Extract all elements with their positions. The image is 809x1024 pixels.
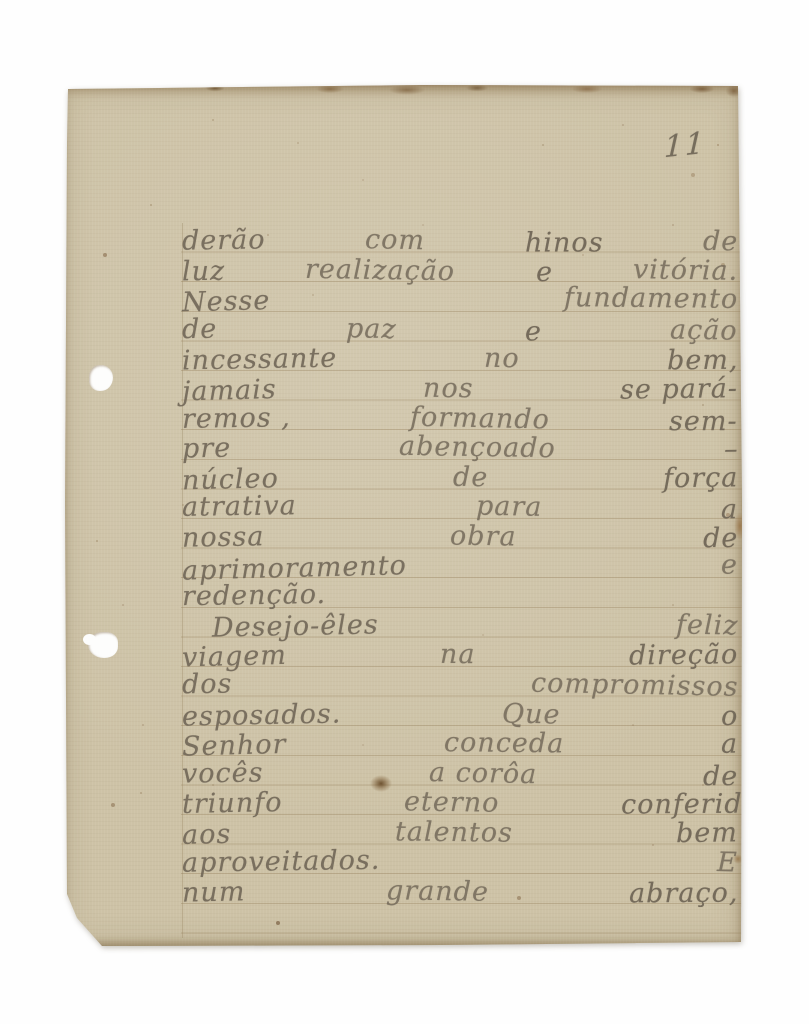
handwritten-word: dos (182, 668, 233, 700)
punch-hole-bottom (88, 632, 118, 658)
handwritten-word: fundamento (564, 282, 739, 315)
punch-hole-top (89, 365, 113, 391)
scan-background: 11 derãocomhinosdeluzrealizaçãoevitória.… (0, 0, 809, 1024)
handwriting-line: viagemnadireção (182, 639, 738, 672)
handwritten-word: vocês (182, 757, 264, 789)
handwritten-word: remos , (182, 402, 291, 435)
handwriting-line: atrativaparaa (182, 491, 738, 523)
handwriting-line: esposados.Queo (182, 700, 738, 730)
foxing-speckles (62, 84, 64, 86)
handwritten-word: de (453, 462, 489, 493)
handwriting-line: aprimoramentoe (182, 550, 738, 583)
handwritten-word: a (721, 729, 738, 760)
handwritten-word: a corôa (429, 757, 538, 790)
handwritten-word: força (662, 462, 738, 494)
handwritten-word: abençoado (399, 431, 556, 464)
handwritten-word: para (475, 491, 542, 523)
handwritten-word: E (717, 847, 738, 878)
handwriting-line: derãocomhinosde (182, 225, 738, 257)
handwriting-line: incessantenobem, (182, 344, 738, 374)
handwritten-word: ação (670, 314, 738, 346)
handwritten-word: nos (423, 373, 474, 405)
handwriting-line: nossaobrade (182, 522, 738, 552)
handwriting-line: Nessefundamento (182, 284, 738, 317)
handwriting-line: remos ,formandosem- (182, 402, 738, 434)
handwriting-line: redenção. (182, 580, 738, 612)
handwritten-word: e (525, 316, 542, 347)
handwritten-word: paz (345, 313, 396, 345)
handwritten-word: bem (676, 817, 738, 849)
handwriting-line: depazeação (182, 314, 738, 346)
handwritten-word: triunfo (182, 787, 283, 820)
handwritten-word: Desejo-êles (212, 609, 379, 643)
handwritten-word: na (440, 639, 476, 670)
handwritten-word: num (182, 876, 246, 908)
handwriting-line: doscompromissos (182, 669, 738, 701)
handwritten-word: conceda (443, 727, 564, 759)
handwriting-line: luzrealizaçãoevitória. (182, 256, 738, 286)
handwriting-line: Senhorconcedaa (182, 728, 738, 761)
handwriting-line: aproveitados.E (182, 846, 738, 878)
page-number: 11 (663, 126, 706, 166)
paper-sheet: 11 derãocomhinosdeluzrealizaçãoevitória.… (62, 84, 744, 946)
handwritten-word: de (703, 761, 738, 792)
handwritten-word: aproveitados. (182, 845, 381, 879)
handwriting-block: derãocomhinosdeluzrealizaçãoevitória.Nes… (182, 226, 738, 907)
handwritten-word: derão (182, 224, 266, 256)
handwritten-word: atrativa (182, 491, 297, 524)
handwritten-word: de (182, 313, 218, 345)
handwritten-word: sem- (669, 406, 738, 437)
handwritten-word: abraço, (629, 878, 739, 910)
handwritten-word: obra (450, 520, 517, 552)
handwritten-word: esposados. (182, 698, 342, 732)
handwritten-word: e (721, 549, 738, 580)
handwritten-word: formando (410, 401, 550, 435)
handwritten-word: incessante (182, 343, 338, 377)
handwritten-word: redenção. (182, 579, 327, 612)
handwritten-word: vitória. (633, 254, 739, 287)
manuscript-page: 11 derãocomhinosdeluzrealizaçãoevitória.… (62, 84, 744, 946)
handwritten-word: pre (182, 433, 232, 465)
handwritten-word: luz (182, 255, 226, 287)
handwritten-word: de (702, 226, 738, 258)
handwriting-line: triunfoeternoconferida (182, 788, 760, 818)
handwritten-word: compromissos (530, 668, 738, 703)
handwriting-line: núcleodeforça (182, 461, 738, 494)
handwritten-word: com (365, 224, 426, 256)
handwritten-word: feliz (675, 609, 738, 641)
top-edge-stains (62, 84, 744, 100)
handwritten-word: no (484, 343, 520, 375)
handwritten-word: eterno (404, 787, 500, 819)
handwriting-line: aostalentosbem (182, 816, 738, 849)
handwriting-line: Desejo-êlesfeliz (182, 611, 738, 641)
handwriting-line: numgrandeabraço, (182, 877, 738, 907)
handwritten-word: se pará- (620, 373, 738, 405)
handwriting-line: preabençoado– (182, 433, 738, 463)
handwritten-word: – (723, 434, 738, 465)
handwritten-word: hinos (525, 227, 604, 258)
handwritten-word: Que (502, 698, 561, 730)
handwritten-word: grande (385, 875, 488, 908)
handwritten-word: direção (629, 639, 739, 671)
handwriting-line: jamaisnosse pará- (182, 373, 738, 406)
handwritten-word: a (721, 494, 738, 525)
handwritten-word: talentos (395, 816, 513, 848)
handwritten-word: realização (305, 253, 456, 286)
handwriting-line: vocêsa corôade (182, 757, 738, 789)
handwritten-word: e (536, 257, 553, 288)
handwritten-word: nossa (182, 521, 265, 554)
